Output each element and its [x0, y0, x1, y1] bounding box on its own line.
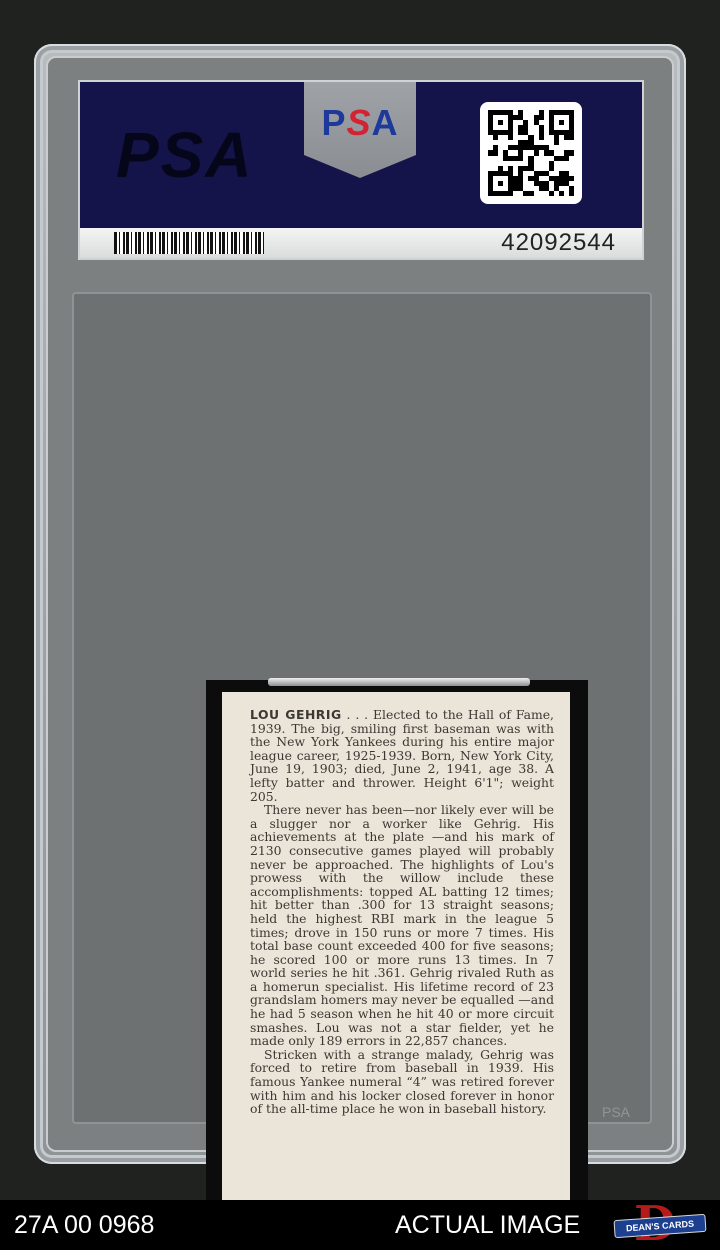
psa-shield-logo: PSA: [304, 82, 416, 178]
psa-label: PSA PSA 42092544: [78, 80, 644, 260]
cert-number: 42092544: [501, 229, 616, 257]
footer-bar: 27A 00 0968 ACTUAL IMAGE D DEAN'S CARDS: [0, 1200, 720, 1250]
card-bio-text: LOU GEHRIG . . . Elected to the Hall of …: [250, 708, 554, 1116]
barcode-icon: [114, 232, 264, 254]
card-paragraph-2: There never has been—nor likely ever wil…: [250, 803, 554, 1048]
card-paragraph-3: Stricken with a strange malady, Gehrig w…: [250, 1048, 554, 1116]
psa-watermark-logo: PSA: [116, 118, 254, 192]
actual-image-label: ACTUAL IMAGE: [395, 1211, 580, 1240]
graded-card-slab: PSA PSA 42092544 LOU GEHRIG . . . Electe…: [34, 44, 686, 1164]
deans-cards-logo[interactable]: D DEAN'S CARDS: [612, 1204, 706, 1246]
qr-code-icon: [488, 110, 574, 196]
card-holder: LOU GEHRIG . . . Elected to the Hall of …: [206, 680, 588, 1230]
baseball-card-back: LOU GEHRIG . . . Elected to the Hall of …: [222, 692, 570, 1220]
card-window: LOU GEHRIG . . . Elected to the Hall of …: [72, 292, 652, 1124]
label-barcode-strip: 42092544: [80, 228, 642, 258]
psa-corner-mark: PSA: [602, 1104, 630, 1120]
psa-logo-text: PSA: [304, 102, 416, 144]
inventory-id: 27A 00 0968: [14, 1211, 154, 1240]
logo-banner: DEAN'S CARDS: [613, 1214, 706, 1238]
card-paragraph-1: LOU GEHRIG . . . Elected to the Hall of …: [250, 708, 554, 803]
qr-code[interactable]: [480, 102, 582, 204]
